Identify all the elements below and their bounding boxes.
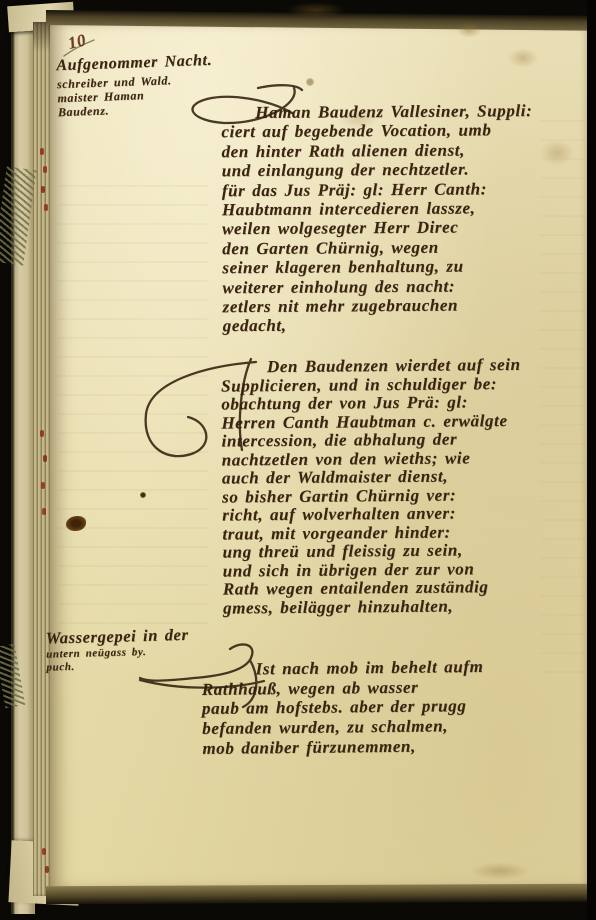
red-edge-speckle xyxy=(41,186,45,193)
paragraph-water-works: Ist nach mob im behelt aufm Rathhauß, we… xyxy=(201,656,572,758)
manuscript-photo: 10 Aufgenommer Nacht. schreiber und Wald… xyxy=(0,0,596,920)
text-line: und einlangung der nechtzetler. xyxy=(222,159,572,181)
text-line: zetlers nit mehr zugebrauchen xyxy=(223,295,573,317)
paragraph-supplication: Haman Baudenz Vallesiner, Suppli: ciert … xyxy=(221,101,573,336)
vellum-cover-spine xyxy=(11,6,35,914)
margin-note-scribe-appointment: Aufgenommer Nacht. schreiber und Wald. m… xyxy=(56,49,243,119)
text-line: weilen wolgesegter Herr Direc xyxy=(222,217,572,239)
red-edge-speckle xyxy=(41,482,45,489)
red-edge-speckle xyxy=(43,166,47,173)
text-line: gmess, beilägger hinzuhalten, xyxy=(223,596,578,618)
red-edge-speckle xyxy=(42,508,46,515)
red-edge-speckle xyxy=(40,430,44,437)
text-line: Haman Baudenz Vallesiner, Suppli: xyxy=(221,101,571,123)
text-line: Haubtmann intercedieren lassze, xyxy=(222,198,572,220)
text-line: seiner klageren benhaltung, zu xyxy=(222,256,572,278)
red-edge-speckle xyxy=(40,148,44,155)
paragraph-resolution: Den Baudenzen wierdet auf sein Supplicie… xyxy=(221,355,578,617)
text-line: den hinter Rath alienen dienst, xyxy=(221,140,571,162)
text-line: weiterer einholung des nacht: xyxy=(222,275,572,297)
text-line: gedacht, xyxy=(223,314,573,336)
text-line: für das Jus Präj: gl: Herr Canth: xyxy=(222,178,572,200)
text-line: mob daniber fürzunemmen, xyxy=(202,735,572,759)
text-line: den Garten Chürnig, wegen xyxy=(222,237,572,259)
text-line: ciert auf begebende Vocation, umb xyxy=(221,120,571,142)
red-edge-speckle xyxy=(43,455,47,462)
page-stack-edge-bottom xyxy=(46,884,596,904)
red-edge-speckle xyxy=(44,204,48,211)
red-edge-speckle xyxy=(42,848,46,855)
red-edge-speckle xyxy=(45,866,49,873)
photo-black-border-right xyxy=(587,0,596,920)
